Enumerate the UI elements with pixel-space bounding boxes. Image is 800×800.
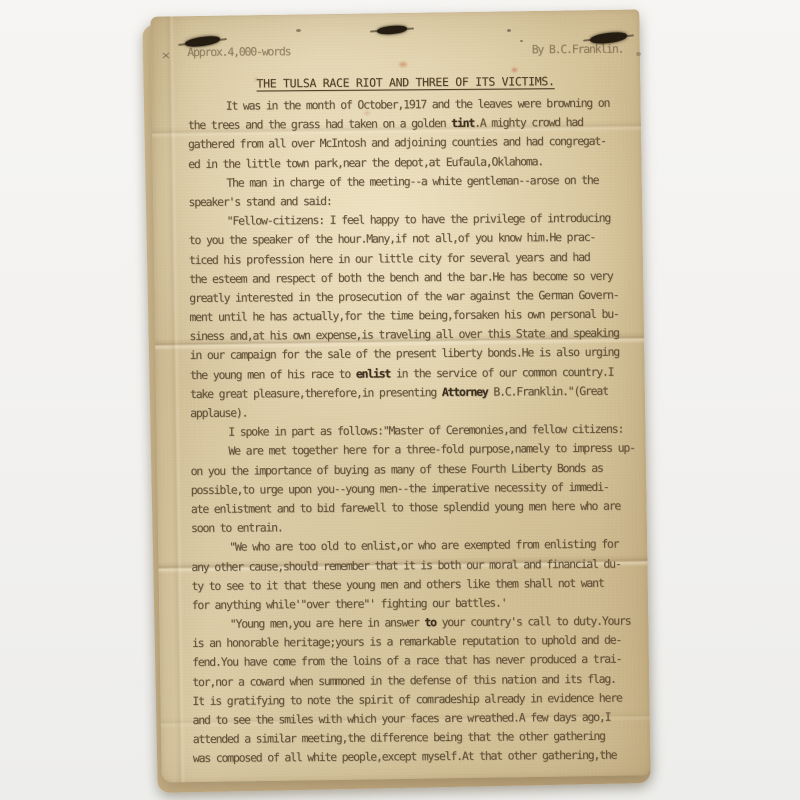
scanned-document-photo: Approx.4,000-words By B.C.Franklin. THE … xyxy=(0,0,800,800)
ink-speck xyxy=(636,52,641,56)
document-body: It was in the month of October,1917 and … xyxy=(188,94,629,769)
document-line: ate enlistment and to bid farewell to th… xyxy=(191,497,627,520)
document-title: THE TULSA RACE RIOT AND THREE OF ITS VIC… xyxy=(187,74,623,91)
pencil-mark xyxy=(162,52,170,60)
document-line: gathered from all over McIntosh and adjo… xyxy=(188,132,624,155)
document-line: The man in charge of the meeting--a whit… xyxy=(188,170,624,193)
document-header: Approx.4,000-words By B.C.Franklin. xyxy=(187,0,623,64)
document-text: Approx.4,000-words By B.C.Franklin. THE … xyxy=(187,0,629,769)
word-count-note: Approx.4,000-words xyxy=(187,44,290,64)
byline: By B.C.Franklin. xyxy=(532,42,624,62)
document-line: ty to see to it that these young men and… xyxy=(191,573,627,596)
document-line: take great pleasure,therefore,in present… xyxy=(190,381,626,404)
document-line: was composed of all white people,except … xyxy=(193,746,629,769)
